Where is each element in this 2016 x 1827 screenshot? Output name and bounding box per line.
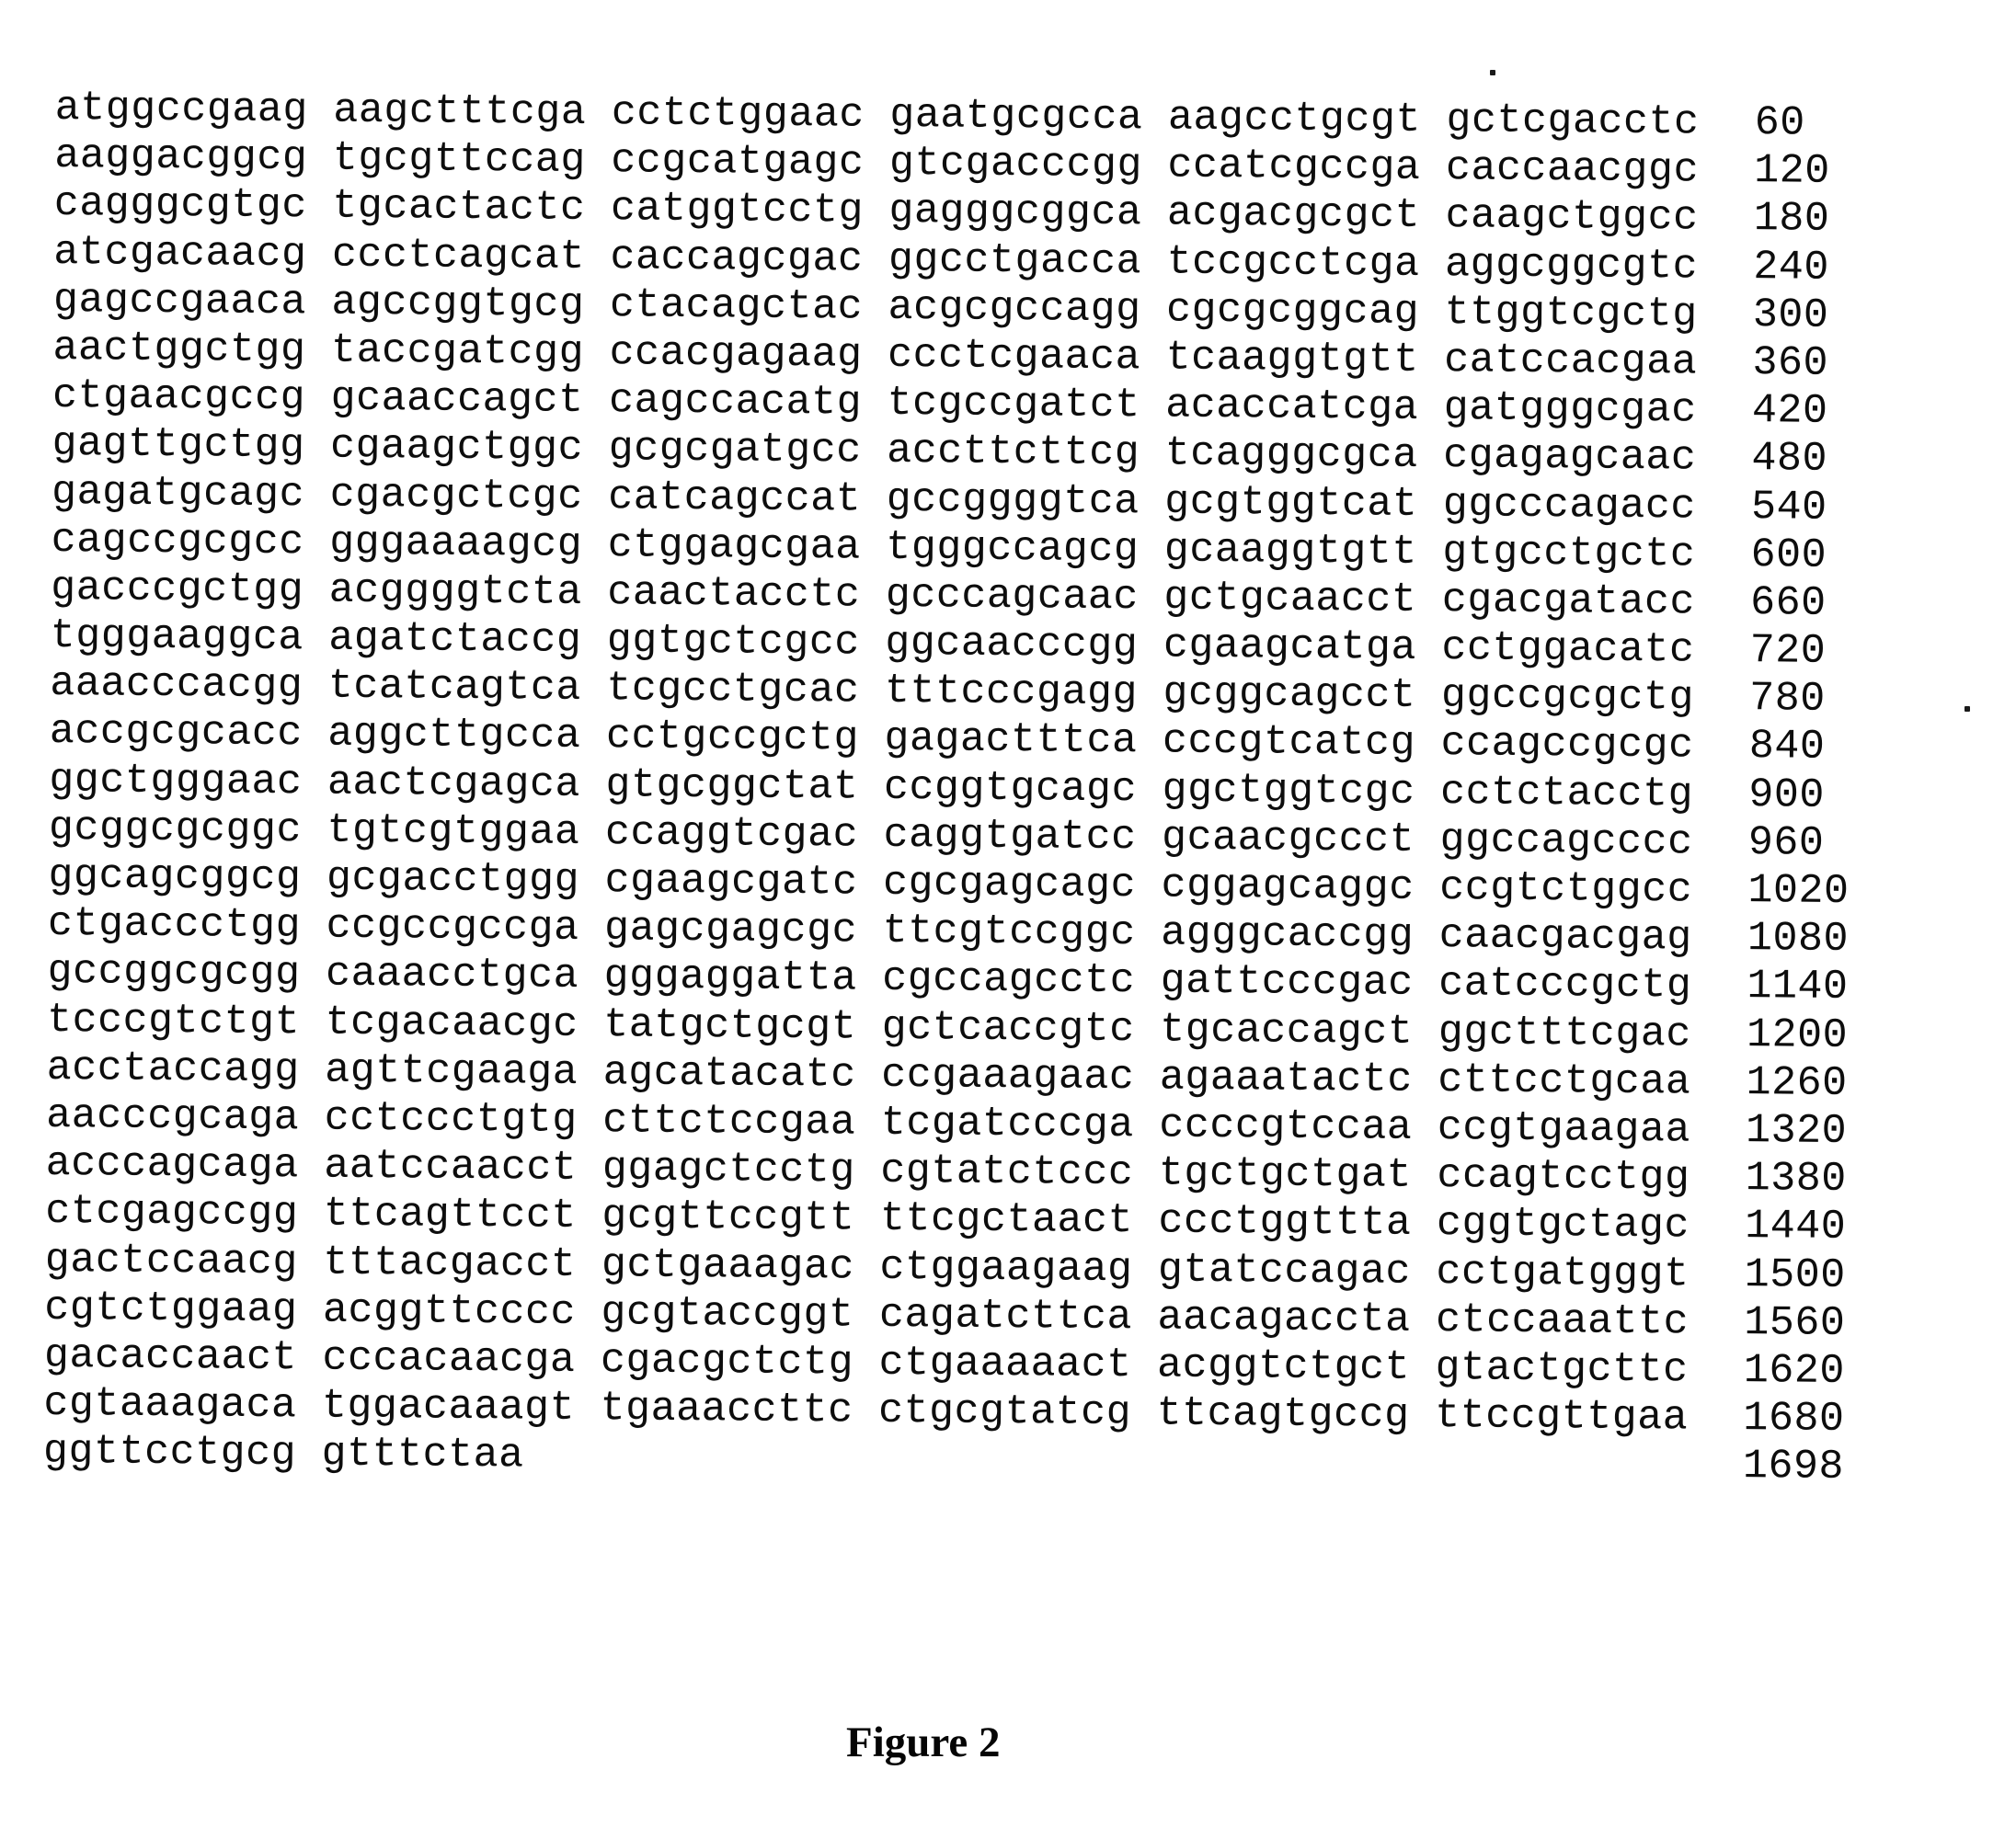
line-number: 780	[1749, 675, 1826, 723]
line-number: 300	[1753, 291, 1829, 339]
line-number: 660	[1750, 579, 1827, 627]
line-number: 1200	[1747, 1011, 1848, 1059]
line-number: 420	[1752, 387, 1828, 435]
line-number: 1500	[1745, 1251, 1846, 1299]
line-number: 1380	[1745, 1155, 1846, 1203]
line-number: 180	[1754, 195, 1830, 243]
line-number: 540	[1751, 484, 1827, 531]
line-number: 1680	[1743, 1395, 1844, 1443]
scan-artifact-dot	[1490, 70, 1495, 75]
line-number: 720	[1749, 627, 1826, 675]
line-number: 1320	[1746, 1107, 1847, 1155]
line-number: 240	[1753, 244, 1829, 291]
line-number: 1020	[1747, 867, 1849, 915]
line-number: 600	[1750, 531, 1827, 579]
line-number: 1260	[1746, 1059, 1847, 1107]
document-page: atggccgaag aagctttcga cctctggaac gaatgcg…	[0, 0, 2016, 1827]
line-number: 60	[1754, 99, 1804, 146]
line-number: 1080	[1747, 915, 1849, 963]
line-number: 1140	[1747, 963, 1848, 1011]
figure-caption: Figure 2	[846, 1718, 1001, 1767]
line-number: 1560	[1744, 1299, 1845, 1347]
sequence-text: ggttcctgcg gtttctaa	[43, 1428, 524, 1479]
line-number: 1698	[1743, 1443, 1844, 1490]
line-number: 360	[1752, 339, 1828, 387]
line-number: 1440	[1745, 1203, 1846, 1250]
line-number: 1620	[1744, 1347, 1845, 1395]
line-number: 900	[1748, 771, 1825, 819]
sequence-block: atggccgaag aagctttcga cctctggaac gaatgcg…	[43, 85, 1959, 1492]
line-number: 840	[1749, 724, 1826, 771]
line-number: 120	[1754, 147, 1830, 195]
scan-artifact-dot	[1964, 706, 1970, 712]
line-number: 480	[1751, 435, 1827, 483]
line-number: 960	[1748, 819, 1825, 867]
